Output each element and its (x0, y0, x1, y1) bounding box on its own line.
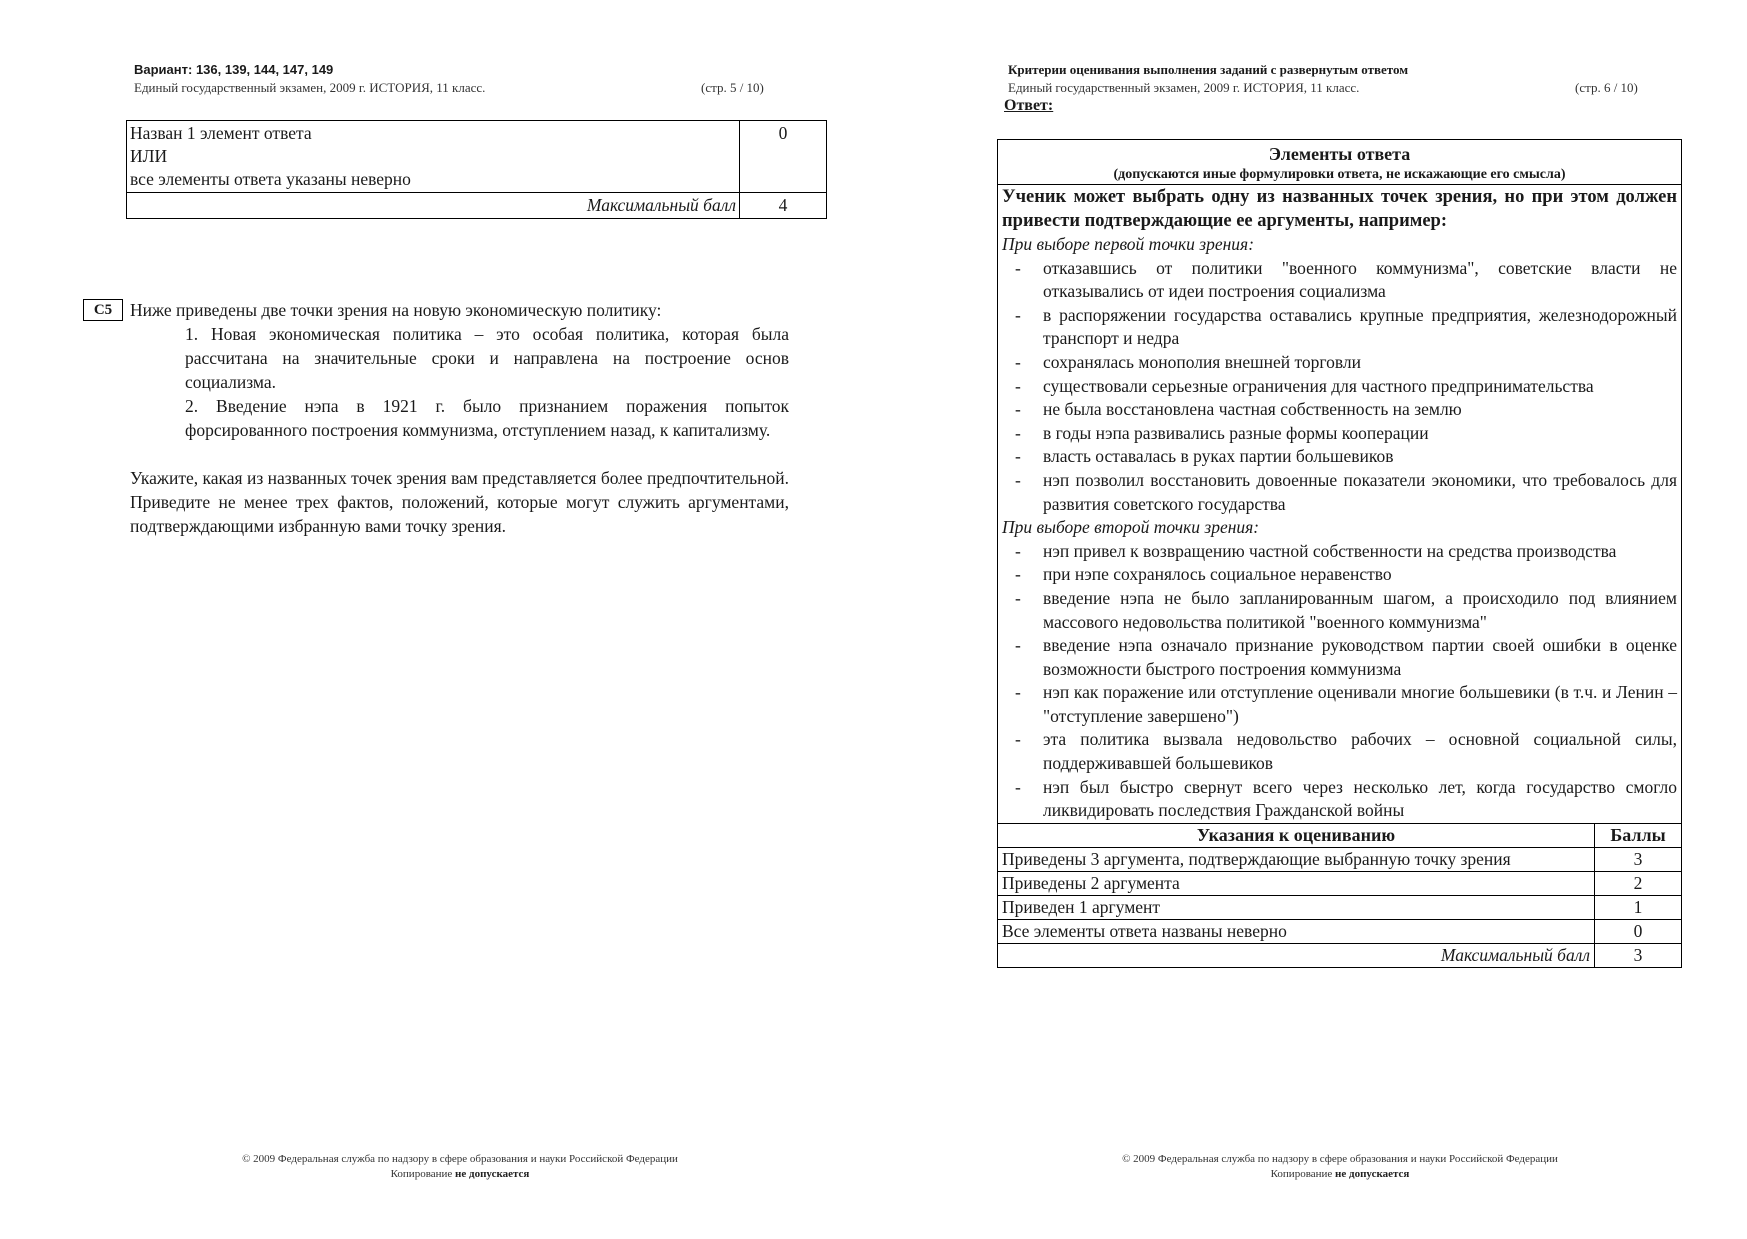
argument-text: введение нэпа означало признание руковод… (1043, 635, 1677, 679)
copy-notice-bold: не допускается (1335, 1168, 1409, 1180)
list-item: -введение нэпа не было запланированным ш… (1002, 587, 1677, 634)
elements-header-row: Элементы ответа (допускаются иные формул… (998, 140, 1682, 185)
argument-text: нэп позволил восстановить довоенные пока… (1043, 470, 1677, 514)
copyright-footer: © 2009 Федеральная служба по надзору в с… (180, 1152, 740, 1182)
elements-body-row: Ученик может выбрать одну из названных т… (998, 185, 1682, 824)
list-item: -в годы нэпа развивались разные формы ко… (1002, 422, 1677, 446)
page-5: Вариант: 136, 139, 144, 147, 149 Единый … (0, 0, 873, 1239)
argument-text: существовали серьезные ограничения для ч… (1043, 376, 1594, 396)
score-points-cell: 0 (740, 121, 827, 193)
criteria-line: Назван 1 элемент ответа (130, 122, 736, 145)
table-row: Приведен 1 аргумент 1 (998, 895, 1682, 919)
table-row: Все элементы ответа названы неверно 0 (998, 919, 1682, 943)
argument-list-second: -нэп привел к возвращению частной собств… (1002, 540, 1677, 823)
list-item: -введение нэпа означало признание руково… (1002, 634, 1677, 681)
grading-desc: Приведены 3 аргумента, подтверждающие вы… (998, 847, 1595, 871)
argument-list-first: -отказавшись от политики "военного комму… (1002, 257, 1677, 517)
argument-text: введение нэпа не было запланированным ша… (1043, 588, 1677, 632)
copy-notice-bold: не допускается (455, 1168, 529, 1180)
page-number: (стр. 5 / 10) (701, 80, 764, 96)
argument-text: при нэпе сохранялось социальное неравенс… (1043, 564, 1392, 584)
score-table: Назван 1 элемент ответа ИЛИ все элементы… (126, 120, 827, 219)
viewpoint-1: 1. Новая экономическая политика – это ос… (185, 322, 789, 394)
argument-text: нэп привел к возвращению частной собстве… (1043, 541, 1616, 561)
group-heading-first: При выборе первой точки зрения: (1002, 233, 1677, 257)
page-number: (стр. 6 / 10) (1575, 80, 1638, 96)
grading-header-desc: Указания к оцениванию (998, 823, 1595, 847)
argument-text: в годы нэпа развивались разные формы коо… (1043, 423, 1429, 443)
grading-points: 0 (1595, 919, 1682, 943)
table-row: Приведены 3 аргумента, подтверждающие вы… (998, 847, 1682, 871)
list-item: -при нэпе сохранялось социальное неравен… (1002, 563, 1677, 587)
copyright-line: © 2009 Федеральная служба по надзору в с… (1060, 1152, 1620, 1167)
copyright-line: © 2009 Федеральная служба по надзору в с… (180, 1152, 740, 1167)
grading-points: 2 (1595, 871, 1682, 895)
viewpoint-text: 1. Новая экономическая политика – это ос… (185, 322, 789, 394)
criteria-header: Критерии оценивания выполнения заданий с… (1008, 62, 1408, 78)
list-item: -эта политика вызвала недовольство рабоч… (1002, 728, 1677, 775)
task-instruction: Укажите, какая из названных точек зрения… (130, 466, 789, 538)
viewpoint-text: 2. Введение нэпа в 1921 г. было признани… (185, 394, 789, 442)
argument-text: сохранялась монополия внешней торговли (1043, 352, 1361, 372)
table-row-max: Максимальный балл 3 (998, 943, 1682, 967)
list-item: -нэп был быстро свернут всего через неск… (1002, 776, 1677, 823)
grading-desc: Приведен 1 аргумент (998, 895, 1595, 919)
list-item: -нэп привел к возвращению частной собств… (1002, 540, 1677, 564)
task-intro: Ниже приведены две точки зрения на новую… (130, 298, 661, 322)
max-score-value: 3 (1595, 943, 1682, 967)
list-item: -нэп позволил восстановить довоенные пок… (1002, 469, 1677, 516)
table-row: Назван 1 элемент ответа ИЛИ все элементы… (127, 121, 827, 193)
argument-text: нэп был быстро свернут всего через неско… (1043, 777, 1677, 821)
elements-title: Элементы ответа (1002, 142, 1677, 166)
list-item: -не была восстановлена частная собственн… (1002, 398, 1677, 422)
page-6: Критерии оценивания выполнения заданий с… (873, 0, 1747, 1239)
table-row-max: Максимальный балл 4 (127, 193, 827, 219)
elements-header: Элементы ответа (допускаются иные формул… (998, 140, 1682, 185)
max-score-label: Максимальный балл (998, 943, 1595, 967)
list-item: -отказавшись от политики "военного комму… (1002, 257, 1677, 304)
grading-points: 3 (1595, 847, 1682, 871)
criteria-table: Элементы ответа (допускаются иные формул… (997, 139, 1682, 968)
exam-header-line: Единый государственный экзамен, 2009 г. … (1008, 80, 1359, 96)
max-score-value: 4 (740, 193, 827, 219)
score-criteria-cell: Назван 1 элемент ответа ИЛИ все элементы… (127, 121, 740, 193)
grading-header-points: Баллы (1595, 823, 1682, 847)
copy-notice: Копирование не допускается (180, 1167, 740, 1182)
argument-text: отказавшись от политики "военного коммун… (1043, 258, 1677, 302)
list-item: -в распоряжении государства оставались к… (1002, 304, 1677, 351)
argument-text: власть оставалась в руках партии большев… (1043, 446, 1394, 466)
viewpoint-2: 2. Введение нэпа в 1921 г. было признани… (185, 394, 789, 442)
grading-header-row: Указания к оцениванию Баллы (998, 823, 1682, 847)
copy-notice-prefix: Копирование (1271, 1168, 1335, 1180)
copy-notice-prefix: Копирование (391, 1168, 455, 1180)
exam-header-line: Единый государственный экзамен, 2009 г. … (134, 80, 485, 96)
argument-text: не была восстановлена частная собственно… (1043, 399, 1462, 419)
variant-header: Вариант: 136, 139, 144, 147, 149 (134, 62, 333, 77)
criteria-line: все элементы ответа указаны неверно (130, 168, 736, 191)
grading-desc: Все элементы ответа названы неверно (998, 919, 1595, 943)
grading-desc: Приведены 2 аргумента (998, 871, 1595, 895)
list-item: -нэп как поражение или отступление оцени… (1002, 681, 1677, 728)
list-item: -сохранялась монополия внешней торговли (1002, 351, 1677, 375)
elements-subtitle: (допускаются иные формулировки ответа, н… (1002, 166, 1677, 184)
grading-points: 1 (1595, 895, 1682, 919)
group-heading-second: При выборе второй точки зрения: (1002, 516, 1677, 540)
criteria-line: ИЛИ (130, 145, 736, 168)
list-item: -власть оставалась в руках партии больше… (1002, 445, 1677, 469)
copyright-footer: © 2009 Федеральная служба по надзору в с… (1060, 1152, 1620, 1182)
answer-label: Ответ: (1004, 97, 1053, 115)
argument-text: нэп как поражение или отступление оценив… (1043, 682, 1677, 726)
copy-notice: Копирование не допускается (1060, 1167, 1620, 1182)
argument-text: эта политика вызвала недовольство рабочи… (1043, 729, 1677, 773)
task-code-badge: C5 (83, 299, 123, 321)
list-item: -существовали серьезные ограничения для … (1002, 375, 1677, 399)
argument-text: в распоряжении государства оставались кр… (1043, 305, 1677, 349)
elements-lead: Ученик может выбрать одну из названных т… (1002, 185, 1677, 233)
max-score-label: Максимальный балл (127, 193, 740, 219)
table-row: Приведены 2 аргумента 2 (998, 871, 1682, 895)
elements-body: Ученик может выбрать одну из названных т… (998, 185, 1682, 824)
